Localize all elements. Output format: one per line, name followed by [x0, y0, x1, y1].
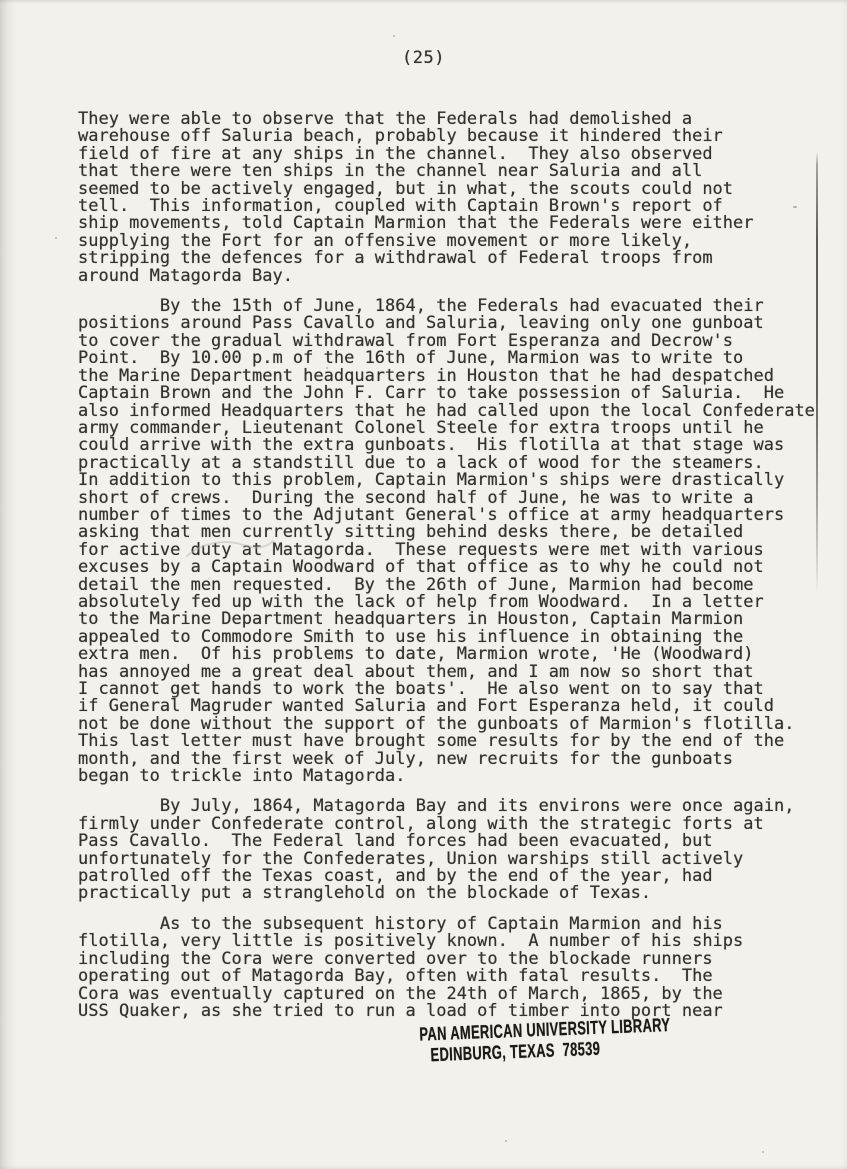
- document-body: They were able to observe that the Feder…: [78, 111, 838, 1020]
- scan-speck: [326, 367, 328, 369]
- paragraph-4: As to the subsequent history of Captain …: [78, 916, 838, 1020]
- scan-speck: [393, 35, 395, 37]
- scan-line-artifact: [816, 152, 818, 594]
- scanned-document-page: (25) They were able to observe that the …: [0, 0, 847, 1169]
- scan-speck: [55, 237, 57, 239]
- scan-speck: [762, 1151, 764, 1153]
- scan-speck: [793, 206, 797, 208]
- page-number: (25): [0, 48, 847, 68]
- paper-crease-artifact: [185, 534, 275, 562]
- scan-speck: [505, 1140, 507, 1142]
- scan-speck: [202, 894, 204, 896]
- paragraph-3: By July, 1864, Matagorda Bay and its env…: [78, 798, 838, 902]
- library-stamp: PAN AMERICAN UNIVERSITY LIBRARY EDINBURG…: [374, 1016, 655, 1069]
- paragraph-1: They were able to observe that the Feder…: [78, 111, 838, 285]
